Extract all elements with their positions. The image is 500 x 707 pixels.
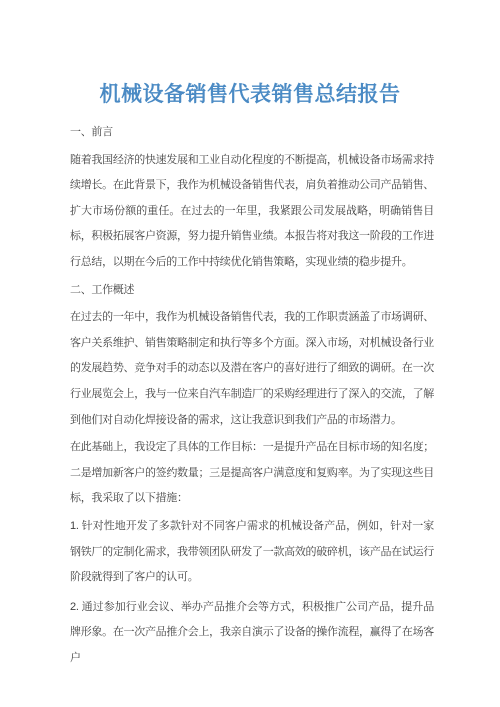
section-heading-preface: 一、前言 xyxy=(70,120,434,146)
paragraph: 在过去的一年中，我作为机械设备销售代表，我的工作职责涵盖了市场调研、客户关系维护… xyxy=(70,305,434,433)
paragraph: 在此基础上，我设定了具体的工作目标：一是提升产品在目标市场的知名度；二是增加新客… xyxy=(70,435,434,512)
document-body: 一、前言 随着我国经济的快速发展和工业自动化程度的不断提高，机械设备市场需求持续… xyxy=(70,120,434,671)
document-title: 机械设备销售代表销售总结报告 xyxy=(0,0,500,106)
section-heading-overview: 二、工作概述 xyxy=(70,278,434,304)
document-page: 机械设备销售代表销售总结报告 一、前言 随着我国经济的快速发展和工业自动化程度的… xyxy=(0,0,500,707)
list-item: 1. 针对性地开发了多款针对不同客户需求的机械设备产品，例如，针对一家钢铁厂的定… xyxy=(70,514,434,591)
paragraph: 随着我国经济的快速发展和工业自动化程度的不断提高，机械设备市场需求持续增长。在此… xyxy=(70,148,434,276)
list-item: 2. 通过参加行业会议、举办产品推介会等方式，积极推广公司产品，提升品牌形象。在… xyxy=(70,595,434,672)
